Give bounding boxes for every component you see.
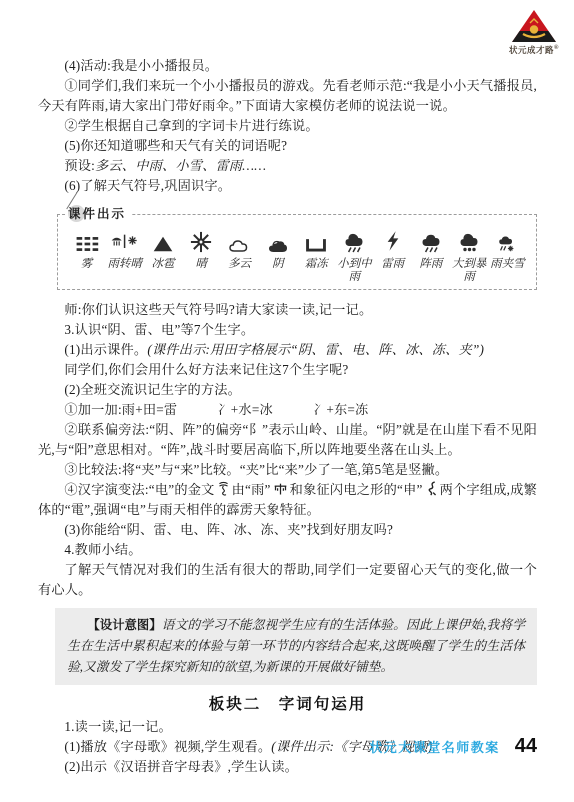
paragraph: 4.教师小结。 <box>38 540 537 560</box>
thunderstorm-icon <box>385 230 401 253</box>
paragraph: ①同学们,我们来玩一个小小播报员的游戏。先看老师示范:“我是小小天气播报员,今天… <box>38 76 537 116</box>
text-run: ②联系偏旁法:“阴、阵”的偏旁“阝”表示山岭、山崖。“阴”就是在山崖下看不见阳光… <box>38 422 537 457</box>
paragraph: (4)活动:我是小小播报员。 <box>38 56 537 76</box>
paragraph: (2)全班交流识记生字的方法。 <box>38 380 537 400</box>
paragraph: (5)你还知道哪些和天气有关的词语呢? <box>38 136 537 156</box>
page-number: 44 <box>515 735 537 758</box>
weather-symbol-label: 晴 <box>196 258 208 271</box>
text-run: (2)全班交流识记生字的方法。 <box>64 382 241 397</box>
teaching-plan-page: 状元成才路® (4)活动:我是小小播报员。①同学们,我们来玩一个小小播报员的游戏… <box>0 0 574 802</box>
design-intent-box: 【设计意图】语文的学习不能忽视学生应有的生活体验。因此上课伊始,我将学生在生活中… <box>55 608 537 685</box>
courseware-label-wrap: 课件出示 <box>66 205 131 223</box>
seal-script-yu-icon <box>271 482 290 497</box>
footer-brand: 状元大课堂名师教案 <box>369 737 500 756</box>
weather-symbol-item: 小到中雨 <box>336 230 373 284</box>
paragraph: (3)你能给“阴、雷、电、阵、冰、冻、夹”找到好朋友吗? <box>38 520 537 540</box>
paragraph: 3.认识“阴、雷、电”等7个生字。 <box>38 320 537 340</box>
weather-symbol-item: 雷雨 <box>374 230 411 271</box>
courseware-label: 课件出示 <box>68 207 126 221</box>
paragraph: ④汉字演变法:“电”的金文 由“雨” 和象征闪电之形的“申” 两个字组成,成繁体… <box>38 480 537 520</box>
weather-symbol-label: 雾 <box>81 258 93 271</box>
text-run: 预设: <box>64 158 95 173</box>
text-run: 同学们,你们会用什么好方法来记住这7个生字呢? <box>64 362 348 377</box>
weather-symbol-item: 冰雹 <box>145 230 182 271</box>
light-to-moderate-rain-icon <box>342 230 366 253</box>
heavy-rain-icon <box>457 230 481 253</box>
rain-to-sun-icon <box>110 230 140 253</box>
cloudy-icon <box>228 230 252 253</box>
text-run: ④汉字演变法:“电”的金文 <box>64 482 214 497</box>
weather-symbol-label: 雷雨 <box>381 258 404 271</box>
weather-symbol-label: 小到中雨 <box>336 258 373 284</box>
paragraph: (1)出示课件。(课件出示:用田字格展示“阴、雷、电、阵、冰、冻、夹”) <box>38 340 537 360</box>
sunny-icon <box>190 230 212 253</box>
sleet-icon <box>496 230 518 253</box>
paragraph: ②联系偏旁法:“阴、阵”的偏旁“阝”表示山岭、山崖。“阴”就是在山崖下看不见阳光… <box>38 420 537 460</box>
paragraph: (2)出示《汉语拼音字母表》,学生认读。 <box>38 757 537 777</box>
weather-symbol-label: 大到暴雨 <box>451 258 488 284</box>
weather-symbol-item: 多云 <box>221 230 258 271</box>
text-run: (2)出示《汉语拼音字母表》,学生认读。 <box>64 759 298 774</box>
design-intent-label: 【设计意图】 <box>87 618 161 632</box>
text-run: ①同学们,我们来玩一个小小播报员的游戏。先看老师示范:“我是小小天气播报员,今天… <box>38 78 537 113</box>
weather-symbol-item: 霜冻 <box>298 230 335 271</box>
weather-symbol-label: 霜冻 <box>305 258 328 271</box>
paragraph: 预设:多云、中雨、小雪、雷雨…… <box>38 156 537 176</box>
weather-symbol-item: 晴 <box>183 230 220 271</box>
seal-script-dian-icon <box>215 482 232 497</box>
paragraph: 1.读一读,记一记。 <box>38 717 537 737</box>
weather-symbol-item: 雨转晴 <box>106 230 143 271</box>
text-run: (1)出示课件。 <box>64 342 147 357</box>
text-run: 和象征闪电之形的“申” <box>290 482 423 497</box>
text-run: (4)活动:我是小小播报员。 <box>64 58 218 73</box>
text-run: ①加一加:雨+田=雷 冫+水=冰 冫+东=冻 <box>64 402 368 417</box>
logo-brand-text: 状元成才路® <box>503 44 565 56</box>
weather-symbol-label: 阵雨 <box>419 258 442 271</box>
text-run: 师:你们认识这些天气符号吗?请大家读一读,记一记。 <box>64 302 372 317</box>
weather-symbol-label: 多云 <box>228 258 251 271</box>
weather-symbol-row: 雾 雨转晴冰雹 晴 多云阴霜冻小到中雨雷雨阵雨 大到暴雨 雨夹雪 <box>64 230 530 284</box>
text-run: (5)你还知道哪些和天气有关的词语呢? <box>64 138 287 153</box>
text-run: (3)你能给“阴、雷、电、阵、冰、冻、夹”找到好朋友吗? <box>64 522 393 537</box>
hail-icon <box>152 230 174 253</box>
frost-icon <box>305 230 327 253</box>
lesson-text-top: (4)活动:我是小小播报员。①同学们,我们来玩一个小小播报员的游戏。先看老师示范… <box>38 56 537 196</box>
paragraph: (6)了解天气符号,巩固识字。 <box>38 176 537 196</box>
paragraph: 了解天气情况对我们的生活有很大的帮助,同学们一定要留心天气的变化,做一个有心人。 <box>38 560 537 600</box>
paragraph: 师:你们认识这些天气符号吗?请大家读一读,记一记。 <box>38 300 537 320</box>
paragraph: 同学们,你们会用什么好方法来记住这7个生字呢? <box>38 360 537 380</box>
section-heading: 板块二 字词句运用 <box>38 692 537 714</box>
text-run: 多云、中雨、小雪、雷雨…… <box>95 158 266 173</box>
fog-icon <box>75 230 99 253</box>
paragraph: ②学生根据自己拿到的字词卡片进行练说。 <box>38 116 537 136</box>
weather-symbol-item: 阴 <box>259 230 296 271</box>
text-run: 3.认识“阴、雷、电”等7个生字。 <box>64 322 254 337</box>
weather-symbol-item: 大到暴雨 <box>451 230 488 284</box>
seal-script-shen-icon <box>423 482 440 497</box>
weather-symbol-label: 冰雹 <box>152 258 175 271</box>
text-run: 1.读一读,记一记。 <box>64 719 172 734</box>
overcast-icon <box>266 230 290 253</box>
text-run: 由“雨” <box>232 482 271 497</box>
text-run: ③比较法:将“夹”与“来”比较。“夹”比“来”少了一笔,第5笔是竖撇。 <box>64 462 448 477</box>
paragraph: ①加一加:雨+田=雷 冫+水=冰 冫+东=冻 <box>38 400 537 420</box>
text-run: (6)了解天气符号,巩固识字。 <box>64 178 231 193</box>
text-run: 4.教师小结。 <box>64 542 141 557</box>
weather-symbol-label: 雨夹雪 <box>490 258 525 271</box>
weather-symbol-item: 阵雨 <box>412 230 449 271</box>
lesson-text-mid: 师:你们认识这些天气符号吗?请大家读一读,记一记。3.认识“阴、雷、电”等7个生… <box>38 300 537 600</box>
courseware-box: 课件出示 雾 雨转晴冰雹 晴 多云阴霜冻小到中雨雷雨阵雨 大到暴雨 雨夹雪 <box>57 214 537 290</box>
logo-triangle-icon <box>511 9 557 43</box>
weather-symbol-item: 雾 <box>68 230 105 271</box>
weather-symbol-label: 阴 <box>272 258 284 271</box>
showers-icon <box>419 230 443 253</box>
text-run: 了解天气情况对我们的生活有很大的帮助,同学们一定要留心天气的变化,做一个有心人。 <box>38 562 537 597</box>
lesson-body: (4)活动:我是小小播报员。①同学们,我们来玩一个小小播报员的游戏。先看老师示范… <box>38 56 537 777</box>
page-footer: 状元大课堂名师教案 44 <box>369 735 537 758</box>
weather-symbol-item: 雨夹雪 <box>489 230 526 271</box>
weather-symbol-label: 雨转晴 <box>108 258 143 271</box>
text-run: (课件出示:用田字格展示“阴、雷、电、阵、冰、冻、夹”) <box>147 342 484 357</box>
brand-logo: 状元成才路® <box>503 9 565 56</box>
paragraph: ③比较法:将“夹”与“来”比较。“夹”比“来”少了一笔,第5笔是竖撇。 <box>38 460 537 480</box>
text-run: ②学生根据自己拿到的字词卡片进行练说。 <box>64 118 318 133</box>
text-run: (1)播放《字母歌》视频,学生观看。 <box>64 739 271 754</box>
registered-mark: ® <box>554 45 559 51</box>
